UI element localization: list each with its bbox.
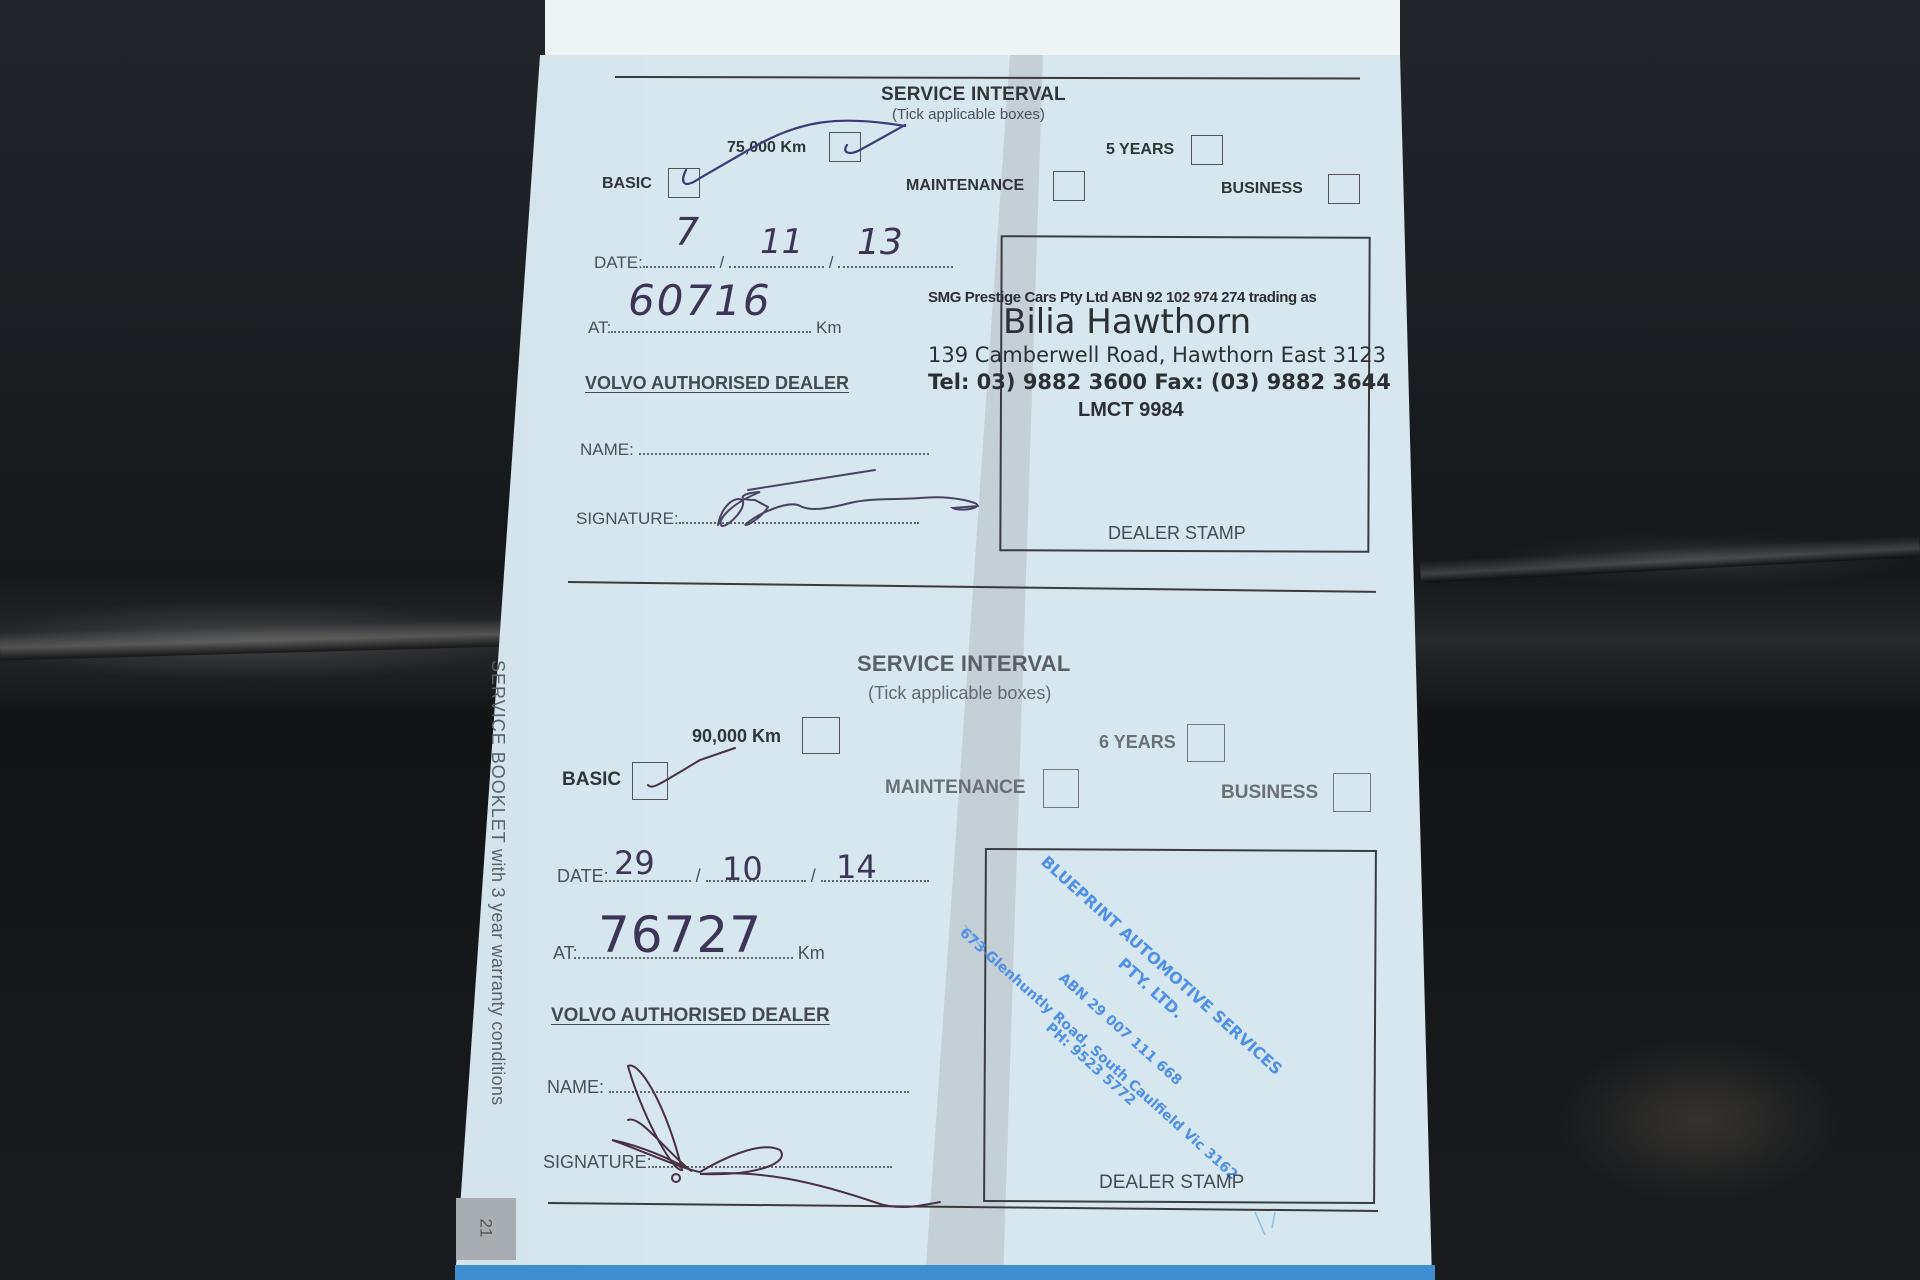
service-booklet-page: 21 SERVICE BOOKLET with 3 year warranty … <box>0 0 1920 1280</box>
signature-icon <box>718 492 978 526</box>
tick-mark-icon <box>683 121 905 184</box>
tick-mark-icon <box>845 125 905 153</box>
pen-marks <box>0 0 1920 1280</box>
tick-mark-icon <box>648 748 735 787</box>
